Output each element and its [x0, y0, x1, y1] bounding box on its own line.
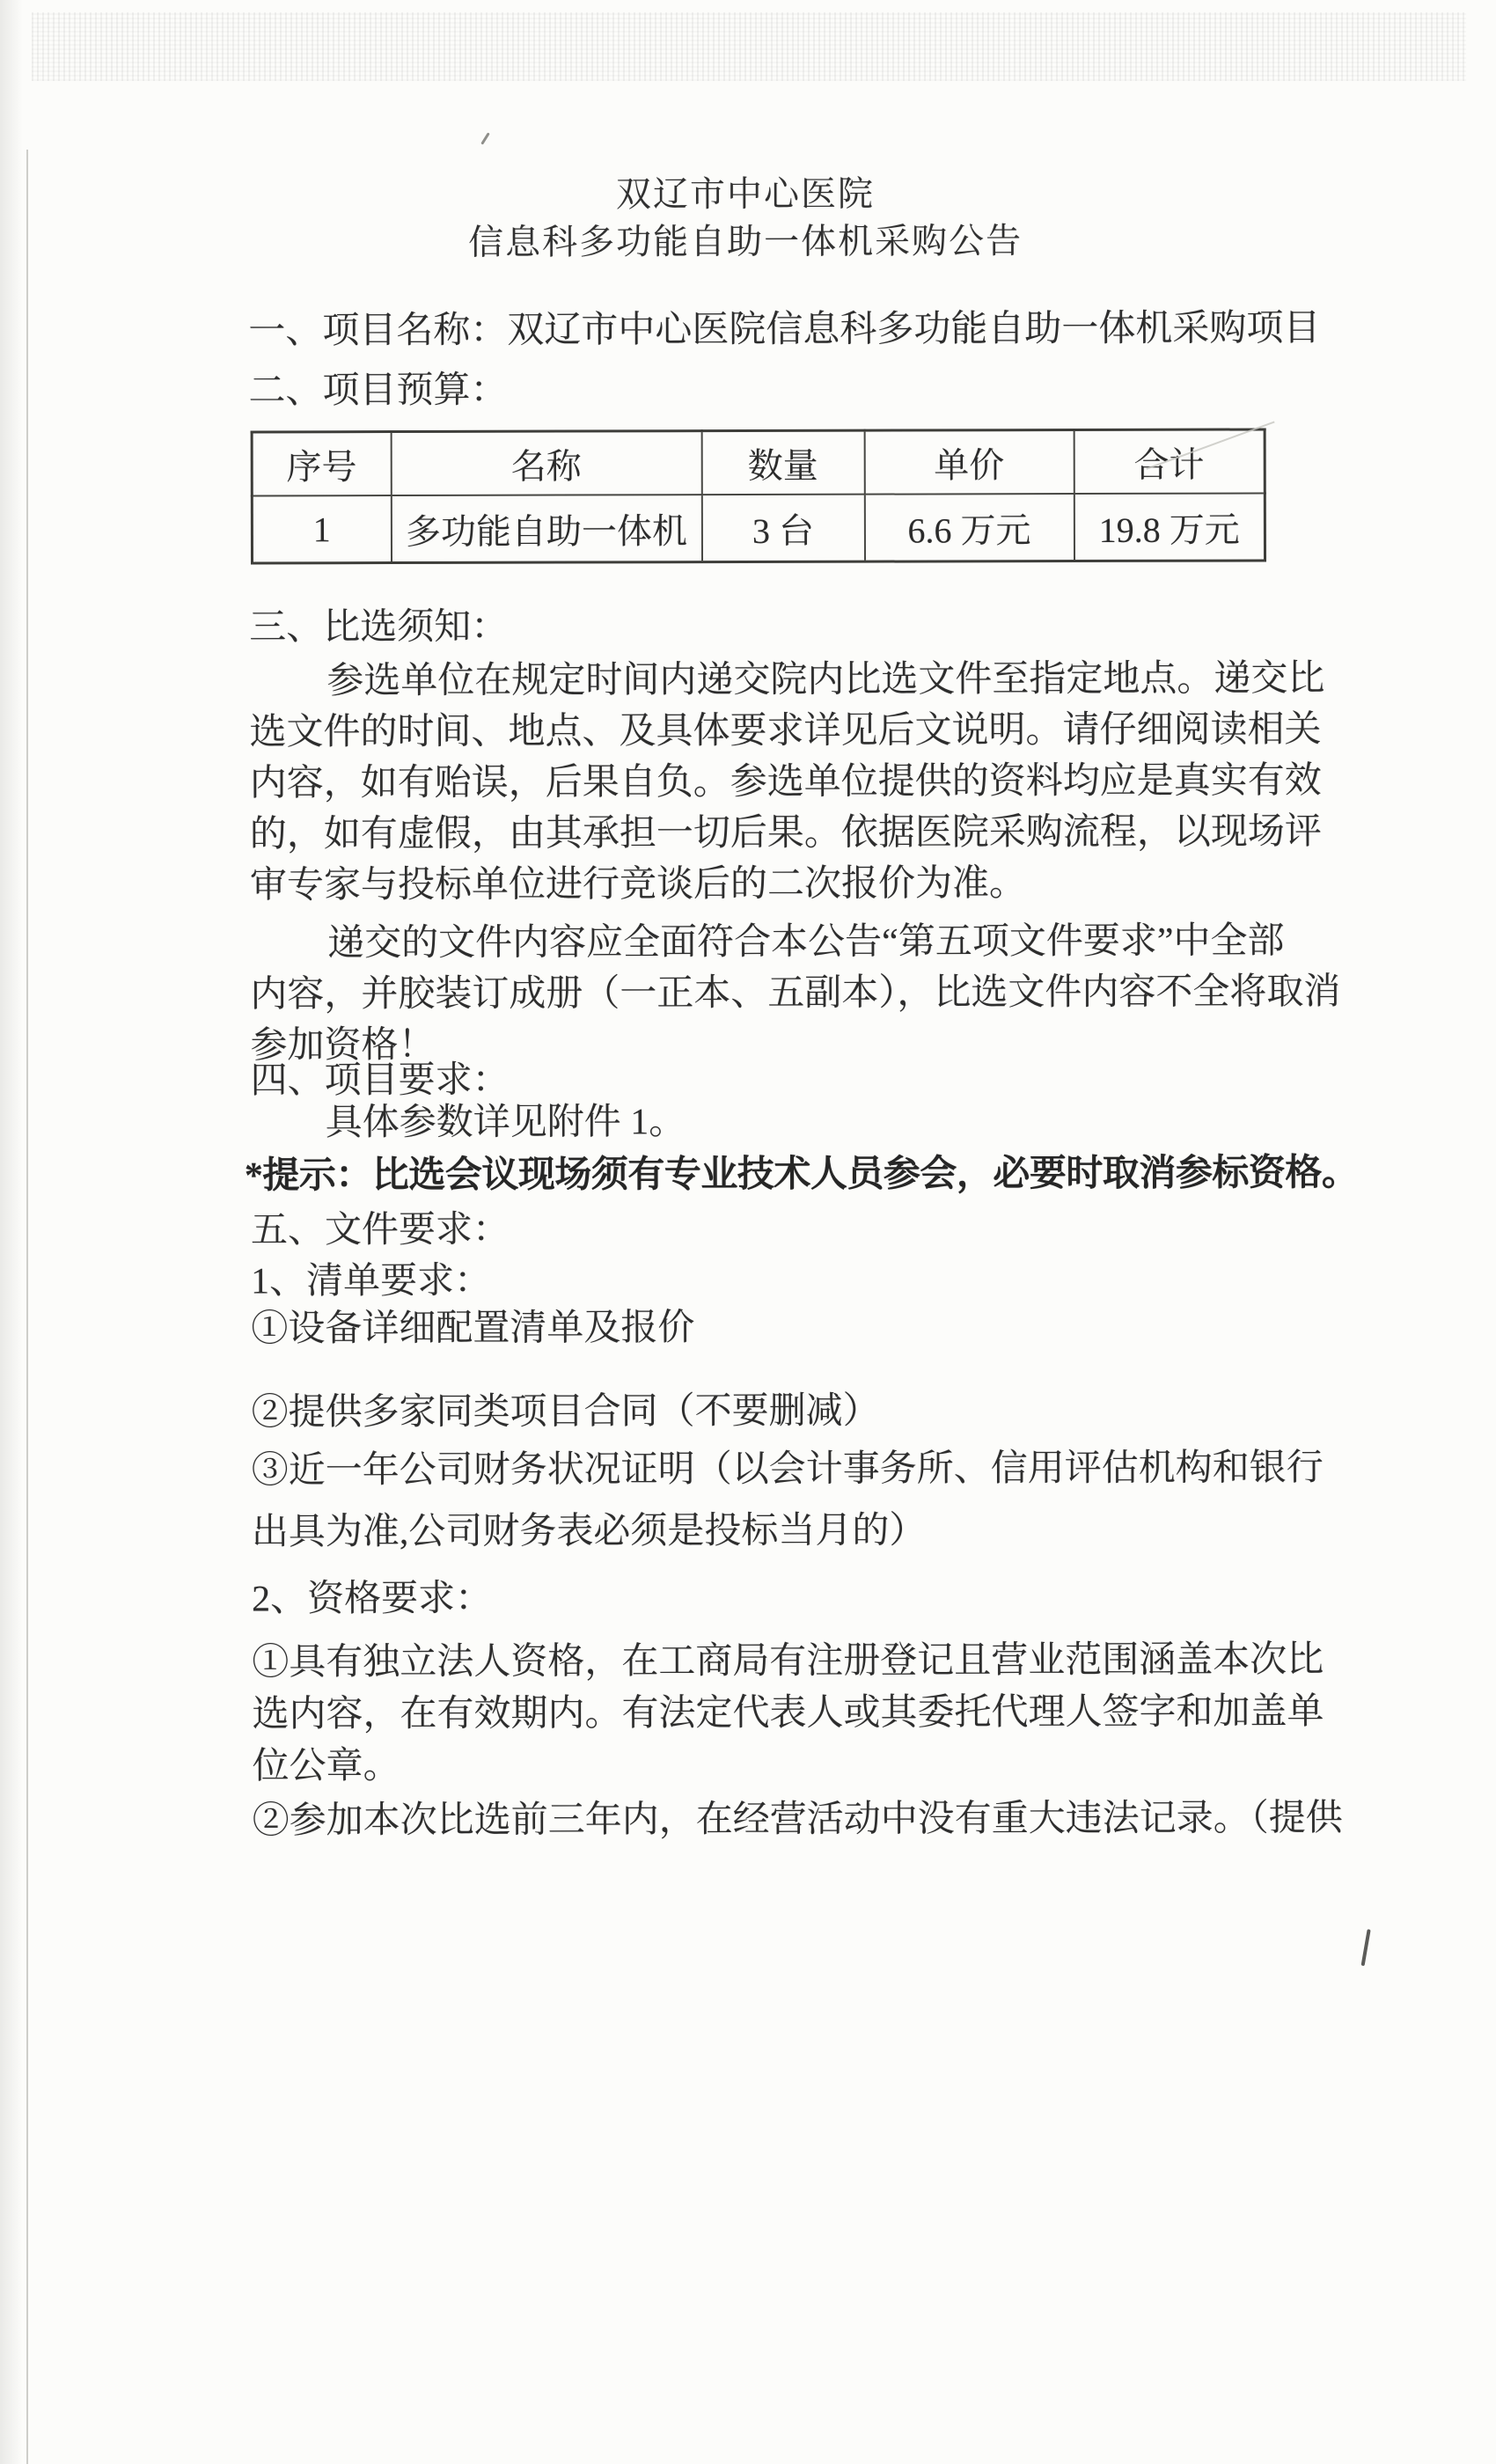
list2-item: ②参加本次比选前三年内，在经营活动中没有重大违法记录。（提供 — [253, 1798, 1343, 1841]
document-title-line1: 双辽市中心医院 — [0, 172, 1493, 216]
list2-item-continuation: 选内容，在有效期内。有法定代表人或其委托代理人签字和加盖单 — [252, 1691, 1324, 1734]
handwritten-page-number — [1361, 1929, 1371, 1966]
cell-unit-price: 6.6 万元 — [864, 494, 1074, 561]
section-1-project-name: 一、项目名称：双辽市中心医院信息科多功能自助一体机采购项目 — [248, 308, 1320, 351]
scanned-document-page: 双辽市中心医院 信息科多功能自助一体机采购公告 一、项目名称：双辽市中心医院信息… — [0, 0, 1496, 2464]
list1-title: 1、清单要求： — [251, 1261, 491, 1302]
para2-line: 递交的文件内容应全面符合本公告“第五项文件要求”中全部 — [327, 920, 1284, 964]
cell-total: 19.8 万元 — [1074, 493, 1265, 561]
list2-item: ①具有独立法人资格，在工商局有注册登记且营业范围涵盖本次比 — [252, 1639, 1324, 1683]
col-header-unit-price: 单价 — [864, 430, 1074, 495]
budget-table: 序号 名称 数量 单价 合计 1 多功能自助一体机 3 台 6.6 万元 19.… — [251, 428, 1266, 564]
cell-quantity: 3 台 — [701, 495, 864, 562]
para2-line: 内容，并胶装订成册（一正本、五副本），比选文件内容不全将取消 — [250, 972, 1340, 1015]
budget-table-data-row: 1 多功能自助一体机 3 台 6.6 万元 19.8 万元 — [252, 493, 1265, 563]
para1-line: 选文件的时间、地点、及具体要求详见后文说明。请仔细阅读相关 — [249, 709, 1321, 752]
list1-item-continuation: 出具为准,公司财务表必须是投标当月的） — [252, 1510, 927, 1552]
section-3-heading: 三、比选须知： — [249, 607, 508, 649]
section-4-heading: 四、项目要求： — [250, 1060, 509, 1102]
col-header-name: 名称 — [391, 431, 701, 495]
list1-item: ①设备详细配置清单及报价 — [251, 1308, 694, 1349]
para1-line: 内容，如有贻误，后果自负。参选单位提供的资料均应是真实有效 — [250, 760, 1322, 803]
document-title-line2: 信息科多功能自助一体机采购公告 — [0, 220, 1493, 264]
para1-line: 的，如有虚假，由其承担一切后果。依据医院采购流程，以现场评 — [250, 811, 1322, 854]
budget-table-header-row: 序号 名称 数量 单价 合计 — [252, 429, 1265, 496]
bold-notice-line: *提示：比选会议现场须有专业技术人员参会，必要时取消参标资格。 — [245, 1153, 1359, 1196]
para1-line: 审专家与投标单位进行竞谈后的二次报价为准。 — [250, 863, 1026, 906]
para1-line: 参选单位在规定时间内递交院内比选文件至指定地点。递交比 — [326, 658, 1324, 701]
col-header-quantity: 数量 — [701, 430, 864, 495]
cell-serial: 1 — [252, 495, 391, 563]
col-header-serial: 序号 — [252, 432, 391, 496]
list2-item-continuation: 位公章。 — [253, 1746, 400, 1786]
section-2-heading: 二、项目预算： — [248, 370, 507, 412]
list1-item: ②提供多家同类项目合同（不要删减） — [251, 1391, 879, 1434]
cell-name: 多功能自助一体机 — [391, 495, 701, 562]
document-content: 双辽市中心医院 信息科多功能自助一体机采购公告 一、项目名称：双辽市中心医院信息… — [0, 0, 1496, 2464]
list1-item: ③近一年公司财务状况证明（以会计事务所、信用评估机构和银行 — [252, 1448, 1324, 1491]
list2-title: 2、资格要求： — [252, 1579, 492, 1620]
section-4-body: 具体参数详见附件 1。 — [326, 1102, 686, 1143]
section-5-heading: 五、文件要求： — [251, 1210, 510, 1251]
col-header-total: 合计 — [1074, 429, 1265, 494]
